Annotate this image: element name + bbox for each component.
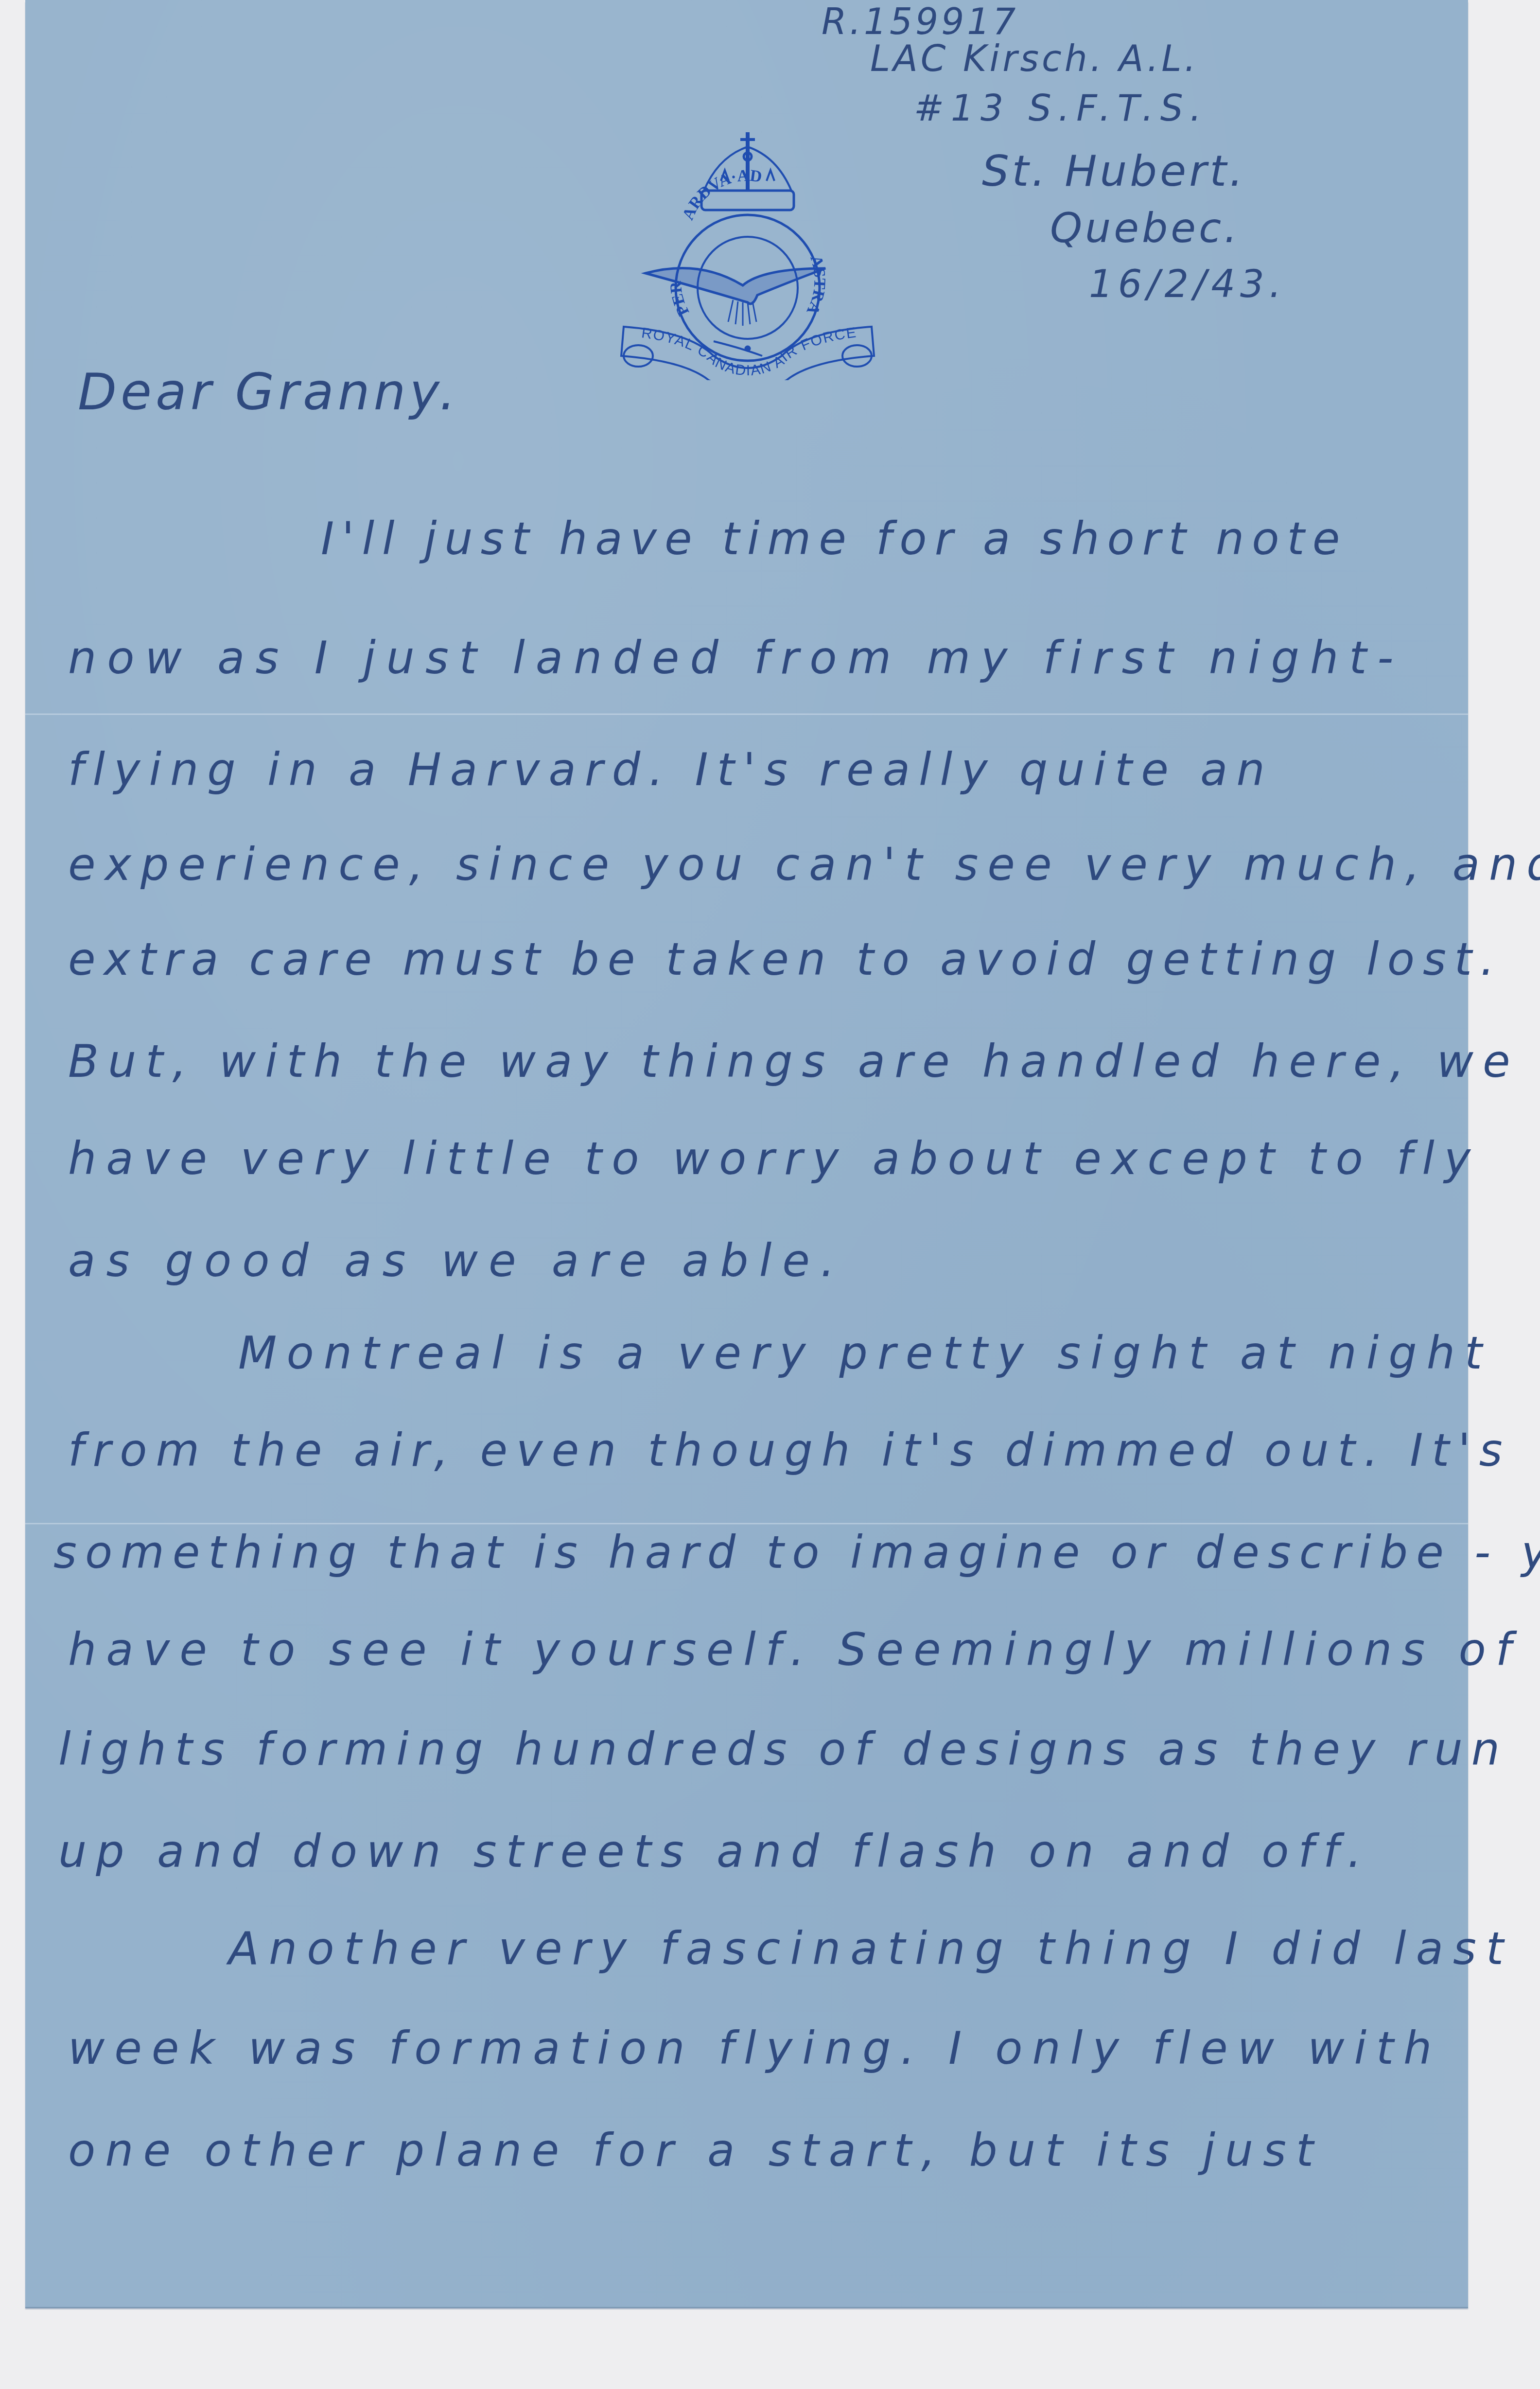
body-line: Montreal is a very pretty sight at night: [238, 1327, 1492, 1379]
body-line: Another very fascinating thing I did las…: [228, 1923, 1513, 1975]
body-line: up and down streets and flash on and off…: [58, 1826, 1371, 1878]
salutation: Dear Granny.: [78, 362, 459, 422]
body-line: But, with the way things are handled her…: [68, 1036, 1520, 1088]
body-line: lights forming hundreds of designs as th…: [58, 1723, 1508, 1775]
sender-unit: #13 S.F.T.S.: [914, 88, 1208, 129]
body-line: flying in a Harvard. It's really quite a…: [68, 744, 1274, 796]
body-line: something that is hard to imagine or des…: [53, 1527, 1540, 1579]
rcaf-crest-icon: ARDVA·AD PER ASTRA ROYAL CANADIAN AIR FO…: [602, 127, 893, 380]
paper-fold-line: [25, 713, 1468, 715]
body-line: extra care must be taken to avoid gettin…: [68, 933, 1503, 985]
body-line: have to see it yourself. Seemingly milli…: [68, 1624, 1521, 1676]
body-line: I'll just have time for a short note: [321, 513, 1347, 565]
body-line: now as I just landed from my first night…: [68, 632, 1404, 684]
letter-date: 16/2/43.: [1089, 263, 1286, 306]
body-line: week was formation flying. I only flew w…: [68, 2022, 1441, 2074]
body-line: one other plane for a start, but its jus…: [68, 2125, 1323, 2177]
sender-name: LAC Kirsch. A.L.: [870, 38, 1199, 80]
paper-fold-line: [25, 1523, 1468, 1525]
crest-motto-right: ASTRA: [803, 253, 828, 317]
sender-province: Quebec.: [1050, 204, 1240, 252]
sender-town: St. Hubert.: [982, 146, 1246, 196]
body-line: as good as we are able.: [68, 1235, 845, 1287]
service-number: R.159917: [822, 1, 1018, 43]
body-line: have very little to worry about except t…: [68, 1133, 1480, 1185]
body-line: from the air, even though it's dimmed ou…: [68, 1424, 1511, 1476]
body-line: experience, since you can't see very muc…: [68, 839, 1540, 891]
